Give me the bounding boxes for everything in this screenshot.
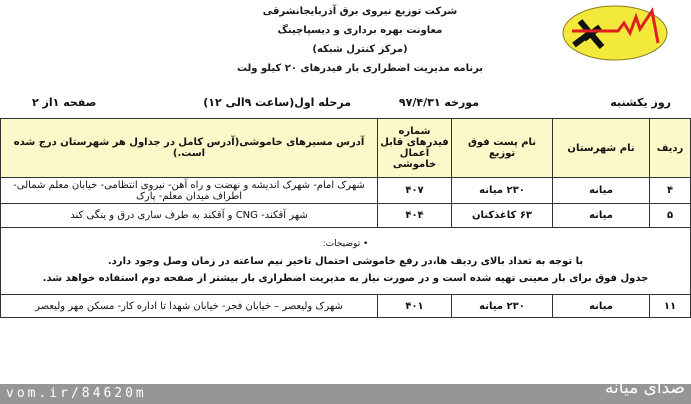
- col-city: نام شهرستان: [553, 119, 650, 178]
- page-number: صفحه ۱از ۲: [32, 96, 96, 109]
- col-feeder: شماره فیدرهای قابل اعمال خاموشی: [378, 119, 452, 178]
- company-logo-icon: [560, 3, 670, 63]
- note-line: جدول فوق برای بار معینی تهیه شده است و د…: [3, 270, 688, 287]
- col-post: نام پست فوق توزیع: [452, 119, 553, 178]
- outage-table: ردیف نام شهرستان نام پست فوق توزیع شماره…: [0, 118, 691, 318]
- col-row: ردیف: [650, 119, 691, 178]
- table-row: ۱۱ میانه ۲۳۰ میانه ۴۰۱ شهرک ولیعصر – خیا…: [1, 295, 691, 318]
- department-name: معاونت بهره برداری و دیسپاچینگ: [190, 21, 530, 40]
- notes-row: • توضیحات: با توجه به تعداد بالای ردیف ه…: [1, 228, 691, 295]
- brand-watermark: صدای میانه: [605, 378, 685, 398]
- note-line: با توجه به تعداد بالای ردیف ها،در رفع خا…: [3, 253, 688, 270]
- table-row: ۵ میانه ۶۳ کاغذکنان ۴۰۴ شهر آقکند- CNG و…: [1, 204, 691, 228]
- table-row: ۴ میانه ۲۳۰ میانه ۴۰۷ شهرک امام- شهرک ان…: [1, 178, 691, 204]
- document-title: برنامه مدیریت اضطراری بار فیدرهای ۲۰ کیل…: [190, 59, 530, 78]
- company-name: شرکت توزیع نیروی برق آذربایجانشرقی: [190, 2, 530, 21]
- col-address: آدرس مسیرهای خاموشی(آدرس کامل در جداول ه…: [1, 119, 378, 178]
- phase-label: مرحله اول(ساعت ۹الی ۱۲): [203, 96, 351, 109]
- watermark-bar: vom.ir/84620m صدای میانه: [0, 384, 691, 404]
- document-header: شرکت توزیع نیروی برق آذربایجانشرقی معاون…: [190, 2, 530, 78]
- short-url: vom.ir/84620m: [6, 386, 147, 401]
- day-label: روز یکشنبه: [610, 96, 671, 109]
- table-header-row: ردیف نام شهرستان نام پست فوق توزیع شماره…: [1, 119, 691, 178]
- center-name: (مرکز کنترل شبکه): [190, 40, 530, 59]
- date-label: مورخه ۹۷/۴/۳۱: [399, 96, 479, 109]
- notes-title: • توضیحات:: [3, 236, 688, 253]
